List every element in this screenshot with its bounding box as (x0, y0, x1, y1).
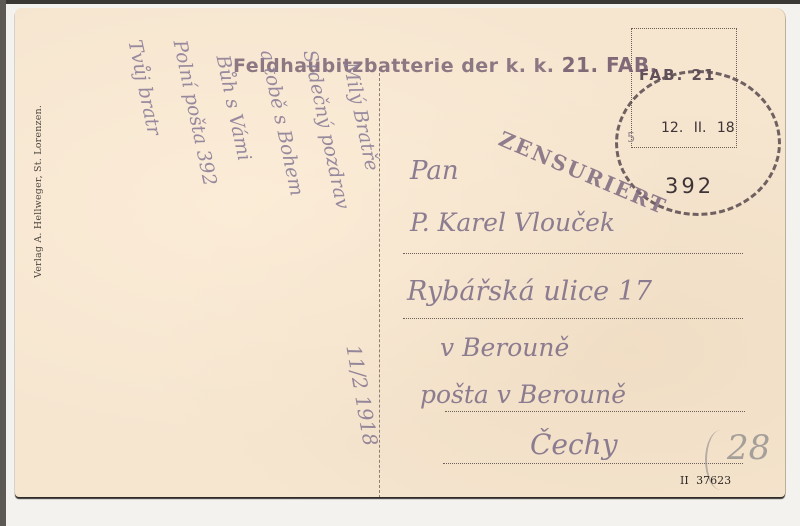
address-recipient-name: P. Karel Vlouček (410, 208, 615, 237)
address-town: v Berouně (440, 333, 569, 362)
scan-edge-left (0, 0, 6, 526)
message-line-6: Tvůj bratr (123, 38, 165, 137)
unit-stamp: Feldhaubitzbatterie der k. k. 21. FAB. (233, 53, 658, 77)
address-country: Čechy (530, 428, 618, 461)
address-line-1 (403, 253, 743, 254)
postmark-date: 12. II. 18 (661, 120, 735, 136)
address-street: Rybářská ulice 17 (407, 276, 652, 307)
address-post-office: pošta v Berouně (420, 380, 626, 409)
publisher-imprint: Verlag A. Hellweger, St. Lorenzen. (33, 105, 44, 278)
message-date: 11/2 1918 (341, 343, 382, 448)
address-line-3 (445, 411, 745, 412)
scan-edge-top (0, 0, 800, 4)
card-number: II 37623 (680, 474, 731, 487)
address-line-4 (443, 463, 743, 464)
address-salutation: Pan (410, 156, 459, 186)
unit-stamp-tail: 21. FAB. (562, 53, 658, 77)
postmark-side-mark: 5 (627, 131, 635, 146)
postmark-number: 392 (665, 174, 714, 198)
postcard: Verlag A. Hellweger, St. Lorenzen. FAB. … (15, 8, 785, 497)
address-line-2 (403, 318, 743, 319)
pencil-note: 28 (727, 428, 770, 468)
